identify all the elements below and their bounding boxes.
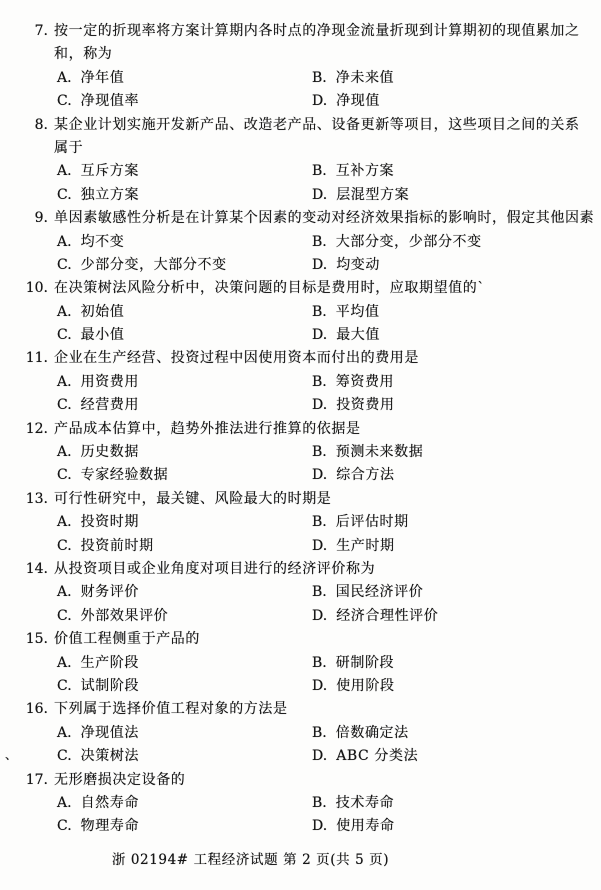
option-a: A.生产阶段	[57, 655, 139, 671]
option-b-label: B.	[312, 511, 327, 534]
option-row-ab: A.净现值法 B.倍数确定法	[0, 722, 601, 745]
option-row-ab: A.净年值 B.净未来值	[0, 67, 601, 90]
option-c: C.最小值	[57, 327, 124, 343]
option-c-label: C.	[57, 184, 72, 207]
option-c-label: C.	[57, 815, 72, 838]
option-b: B.倍数确定法	[312, 722, 409, 745]
question-item: 7. 按一定的折现率将方案计算期内各时点的净现金流量折现到计算期初的现值累加之 …	[0, 20, 601, 114]
option-c-label: C.	[57, 324, 72, 347]
option-a-label: A.	[57, 231, 72, 254]
option-d-label: D.	[312, 675, 327, 698]
option-row-ab: A.用资费用 B.筹资费用	[0, 371, 601, 394]
option-c-text: 最小值	[81, 327, 125, 343]
option-b: B.筹资费用	[312, 371, 394, 394]
option-c-text: 物理寿命	[81, 818, 139, 834]
option-row-cd: C.试制阶段 D.使用阶段	[0, 675, 601, 698]
question-item: 13. 可行性研究中，最关键、风险最大的时期是 A.投资时期 B.后评估时期 C…	[0, 488, 601, 558]
option-d-text: 最大值	[336, 327, 380, 343]
option-row-ab: A.历史数据 B.预测未来数据	[0, 441, 601, 464]
question-stem-line-1: 14. 从投资项目或企业角度对项目进行的经济评价称为	[0, 558, 601, 581]
option-d: D.ABC 分类法	[312, 745, 418, 768]
option-a-text: 自然寿命	[81, 795, 139, 811]
option-b: B.互补方案	[312, 160, 394, 183]
option-a-text: 投资时期	[81, 514, 139, 530]
option-d: D.生产时期	[312, 535, 395, 558]
option-d-text: 投资费用	[336, 397, 394, 413]
question-stem-text: 可行性研究中，最关键、风险最大的时期是	[54, 491, 331, 507]
option-b-text: 互补方案	[336, 163, 394, 179]
question-number: 10.	[0, 277, 48, 300]
question-stem-text: 从投资项目或企业角度对项目进行的经济评价称为	[54, 561, 375, 577]
option-c-text: 经营费用	[81, 397, 139, 413]
option-a: A.自然寿命	[57, 795, 139, 811]
option-a-label: A.	[57, 652, 72, 675]
option-row-cd: C.决策树法 D.ABC 分类法	[0, 745, 601, 768]
option-d: D.使用阶段	[312, 675, 395, 698]
option-a-label: A.	[57, 511, 72, 534]
option-a-text: 互斥方案	[81, 163, 139, 179]
option-c-text: 独立方案	[81, 187, 139, 203]
question-item: 11. 企业在生产经营、投资过程中因使用资本而付出的费用是 A.用资费用 B.筹…	[0, 347, 601, 417]
option-b-text: 平均值	[336, 304, 380, 320]
question-stem-text: 产品成本估算中，趋势外推法进行推算的依据是	[54, 421, 361, 437]
question-stem-line-1: 15. 价值工程侧重于产品的	[0, 628, 601, 651]
option-b: B.大部分变，少部分不变	[312, 231, 482, 254]
option-c-text: 决策树法	[81, 748, 139, 764]
option-row-cd: C.投资前时期 D.生产时期	[0, 535, 601, 558]
option-b-text: 研制阶段	[336, 655, 394, 671]
option-c-label: C.	[57, 745, 72, 768]
page-footer: 浙 02194# 工程经济试题 第 2 页(共 5 页)	[0, 849, 601, 872]
option-c-text: 专家经验数据	[81, 467, 169, 483]
option-b-label: B.	[312, 160, 327, 183]
question-number: 13.	[0, 488, 48, 511]
option-a-label: A.	[57, 67, 72, 90]
option-d-text: 使用阶段	[336, 678, 394, 694]
option-a: A.财务评价	[57, 584, 139, 600]
question-stem-line-1: 7. 按一定的折现率将方案计算期内各时点的净现金流量折现到计算期初的现值累加之	[0, 20, 601, 43]
option-b-text: 倍数确定法	[336, 725, 409, 741]
option-row-ab: A.均不变 B.大部分变，少部分不变	[0, 231, 601, 254]
option-a: A.互斥方案	[57, 163, 139, 179]
question-number: 8.	[0, 114, 48, 137]
option-d: D.最大值	[312, 324, 380, 347]
option-d-label: D.	[312, 464, 327, 487]
question-number: 9.	[0, 207, 48, 230]
option-d-label: D.	[312, 745, 327, 768]
option-row-ab: A.财务评价 B.国民经济评价	[0, 581, 601, 604]
question-stem-line-1: 9. 单因素敏感性分析是在计算某个因素的变动对经济效果指标的影响时，假定其他因素	[0, 207, 601, 230]
option-b-label: B.	[312, 652, 327, 675]
question-stem-line-1: 8. 某企业计划实施开发新产品、改造老产品、设备更新等项目，这些项目之间的关系	[0, 114, 601, 137]
option-c: C.外部效果评价	[57, 608, 168, 624]
option-d-label: D.	[312, 324, 327, 347]
option-b: B.技术寿命	[312, 792, 394, 815]
option-a-text: 生产阶段	[81, 655, 139, 671]
option-a-text: 净年值	[81, 70, 125, 86]
question-stem-text: 价值工程侧重于产品的	[54, 631, 200, 647]
question-stem-line-1: 12. 产品成本估算中，趋势外推法进行推算的依据是	[0, 418, 601, 441]
option-a: A.均不变	[57, 234, 124, 250]
option-c: C.经营费用	[57, 397, 139, 413]
option-d-label: D.	[312, 90, 327, 113]
option-d-text: 使用寿命	[336, 818, 394, 834]
option-b-text: 预测未来数据	[336, 444, 424, 460]
option-a: A.历史数据	[57, 444, 139, 460]
option-d-label: D.	[312, 535, 327, 558]
option-row-cd: C.外部效果评价 D.经济合理性评价	[0, 605, 601, 628]
option-a-text: 初始值	[81, 304, 125, 320]
option-b-label: B.	[312, 67, 327, 90]
option-b-label: B.	[312, 722, 327, 745]
option-d-text: 层混型方案	[336, 187, 409, 203]
option-c-text: 外部效果评价	[81, 608, 169, 624]
option-c: C.净现值率	[57, 93, 139, 109]
option-d-text: 综合方法	[336, 467, 394, 483]
option-c-text: 净现值率	[81, 93, 139, 109]
option-c-text: 试制阶段	[81, 678, 139, 694]
option-d: D.均变动	[312, 254, 380, 277]
option-d-label: D.	[312, 605, 327, 628]
option-row-ab: A.投资时期 B.后评估时期	[0, 511, 601, 534]
option-b: B.后评估时期	[312, 511, 409, 534]
question-item: 8. 某企业计划实施开发新产品、改造老产品、设备更新等项目，这些项目之间的关系 …	[0, 114, 601, 208]
option-b-text: 后评估时期	[336, 514, 409, 530]
question-stem-line-1: 17. 无形磨损决定设备的	[0, 769, 601, 792]
option-a-text: 均不变	[81, 234, 125, 250]
option-d: D.净现值	[312, 90, 380, 113]
option-a-label: A.	[57, 581, 72, 604]
question-stem-line-1: 16. 下列属于选择价值工程对象的方法是	[0, 698, 601, 721]
option-d-text: ABC 分类法	[336, 748, 418, 764]
question-number: 12.	[0, 418, 48, 441]
option-row-cd: C.少部分变，大部分不变 D.均变动	[0, 254, 601, 277]
option-b-label: B.	[312, 371, 327, 394]
option-a-label: A.	[57, 792, 72, 815]
option-b: B.平均值	[312, 301, 380, 324]
option-row-cd: C.净现值率 D.净现值	[0, 90, 601, 113]
option-b-label: B.	[312, 581, 327, 604]
option-a: A.净年值	[57, 70, 124, 86]
option-b-label: B.	[312, 231, 327, 254]
question-stem-text: 按一定的折现率将方案计算期内各时点的净现金流量折现到计算期初的现值累加之	[54, 23, 580, 39]
option-a-label: A.	[57, 160, 72, 183]
question-stem-line-2: 属于	[0, 137, 601, 160]
question-stem-line-1: 11. 企业在生产经营、投资过程中因使用资本而付出的费用是	[0, 347, 601, 370]
option-d: D.综合方法	[312, 464, 395, 487]
option-row-ab: A.初始值 B.平均值	[0, 301, 601, 324]
option-a: A.用资费用	[57, 374, 139, 390]
option-d-label: D.	[312, 254, 327, 277]
option-c: C.物理寿命	[57, 818, 139, 834]
option-d-label: D.	[312, 394, 327, 417]
option-a-label: A.	[57, 441, 72, 464]
option-c-label: C.	[57, 675, 72, 698]
option-d-label: D.	[312, 184, 327, 207]
option-d-text: 均变动	[336, 257, 380, 273]
option-c-text: 投资前时期	[81, 538, 154, 554]
question-number: 17.	[0, 769, 48, 792]
question-item: 12. 产品成本估算中，趋势外推法进行推算的依据是 A.历史数据 B.预测未来数…	[0, 418, 601, 488]
option-b-label: B.	[312, 441, 327, 464]
question-number: 7.	[0, 20, 48, 43]
question-item: 9. 单因素敏感性分析是在计算某个因素的变动对经济效果指标的影响时，假定其他因素…	[0, 207, 601, 277]
option-c: C.专家经验数据	[57, 467, 168, 483]
option-row-cd: C.物理寿命 D.使用寿命	[0, 815, 601, 838]
option-a-text: 历史数据	[81, 444, 139, 460]
question-stem-text: 某企业计划实施开发新产品、改造老产品、设备更新等项目，这些项目之间的关系	[54, 117, 580, 133]
option-b-text: 技术寿命	[336, 795, 394, 811]
question-list: 7. 按一定的折现率将方案计算期内各时点的净现金流量折现到计算期初的现值累加之 …	[0, 0, 601, 839]
option-c-label: C.	[57, 90, 72, 113]
option-d: D.使用寿命	[312, 815, 395, 838]
option-a: A.投资时期	[57, 514, 139, 530]
question-item: 16. 下列属于选择价值工程对象的方法是 A.净现值法 B.倍数确定法 C.决策…	[0, 698, 601, 768]
option-d-text: 经济合理性评价	[336, 608, 438, 624]
option-d: D.经济合理性评价	[312, 605, 438, 628]
option-c: C.独立方案	[57, 187, 139, 203]
option-row-cd: C.独立方案 D.层混型方案	[0, 184, 601, 207]
option-b-label: B.	[312, 792, 327, 815]
option-row-cd: C.专家经验数据 D.综合方法	[0, 464, 601, 487]
option-b: B.研制阶段	[312, 652, 394, 675]
option-d-text: 净现值	[336, 93, 380, 109]
option-a-label: A.	[57, 722, 72, 745]
option-b-text: 净未来值	[336, 70, 394, 86]
question-stem-line-1: 10. 在决策树法风险分析中，决策问题的目标是费用时，应取期望值的`	[0, 277, 601, 300]
option-row-ab: A.生产阶段 B.研制阶段	[0, 652, 601, 675]
option-d-text: 生产时期	[336, 538, 394, 554]
option-c: C.少部分变，大部分不变	[57, 257, 227, 273]
option-row-cd: C.经营费用 D.投资费用	[0, 394, 601, 417]
question-stem-line-2: 和，称为	[0, 43, 601, 66]
question-item: 17. 无形磨损决定设备的 A.自然寿命 B.技术寿命 C.物理寿命 D.使用寿…	[0, 769, 601, 839]
option-a-text: 用资费用	[81, 374, 139, 390]
option-row-cd: C.最小值 D.最大值	[0, 324, 601, 347]
option-c-label: C.	[57, 254, 72, 277]
option-a-label: A.	[57, 371, 72, 394]
question-item: 14. 从投资项目或企业角度对项目进行的经济评价称为 A.财务评价 B.国民经济…	[0, 558, 601, 628]
option-d: D.投资费用	[312, 394, 395, 417]
option-c-label: C.	[57, 605, 72, 628]
option-c: C.试制阶段	[57, 678, 139, 694]
option-row-ab: A.互斥方案 B.互补方案	[0, 160, 601, 183]
option-c-text: 少部分变，大部分不变	[81, 257, 227, 273]
option-a-label: A.	[57, 301, 72, 324]
option-row-ab: A.自然寿命 B.技术寿命	[0, 792, 601, 815]
option-b: B.净未来值	[312, 67, 394, 90]
option-a: A.净现值法	[57, 725, 139, 741]
exam-page: 7. 按一定的折现率将方案计算期内各时点的净现金流量折现到计算期初的现值累加之 …	[0, 0, 601, 890]
question-stem-text: 无形磨损决定设备的	[54, 772, 185, 788]
question-number: 15.	[0, 628, 48, 651]
question-item: 10. 在决策树法风险分析中，决策问题的目标是费用时，应取期望值的` A.初始值…	[0, 277, 601, 347]
option-b-text: 筹资费用	[336, 374, 394, 390]
question-number: 16.	[0, 698, 48, 721]
option-b-label: B.	[312, 301, 327, 324]
option-c-label: C.	[57, 394, 72, 417]
question-stem-text: 在决策树法风险分析中，决策问题的目标是费用时，应取期望值的`	[54, 280, 485, 296]
question-stem-text: 下列属于选择价值工程对象的方法是	[54, 701, 288, 717]
option-d-label: D.	[312, 815, 327, 838]
question-item: 15. 价值工程侧重于产品的 A.生产阶段 B.研制阶段 C.试制阶段 D.使用…	[0, 628, 601, 698]
option-b-text: 大部分变，少部分不变	[336, 234, 482, 250]
question-number: 14.	[0, 558, 48, 581]
option-c: C.决策树法	[57, 748, 139, 764]
question-stem-text: 单因素敏感性分析是在计算某个因素的变动对经济效果指标的影响时，假定其他因素	[54, 210, 594, 226]
question-stem-text: 企业在生产经营、投资过程中因使用资本而付出的费用是	[54, 350, 419, 366]
option-c-label: C.	[57, 464, 72, 487]
option-b-text: 国民经济评价	[336, 584, 424, 600]
option-a-text: 财务评价	[81, 584, 139, 600]
question-number: 11.	[0, 347, 48, 370]
option-b: B.预测未来数据	[312, 441, 423, 464]
option-a: A.初始值	[57, 304, 124, 320]
option-c-label: C.	[57, 535, 72, 558]
option-c: C.投资前时期	[57, 538, 154, 554]
option-b: B.国民经济评价	[312, 581, 423, 604]
stray-scan-mark: 、	[5, 746, 17, 763]
option-d: D.层混型方案	[312, 184, 409, 207]
option-a-text: 净现值法	[81, 725, 139, 741]
question-stem-line-1: 13. 可行性研究中，最关键、风险最大的时期是	[0, 488, 601, 511]
